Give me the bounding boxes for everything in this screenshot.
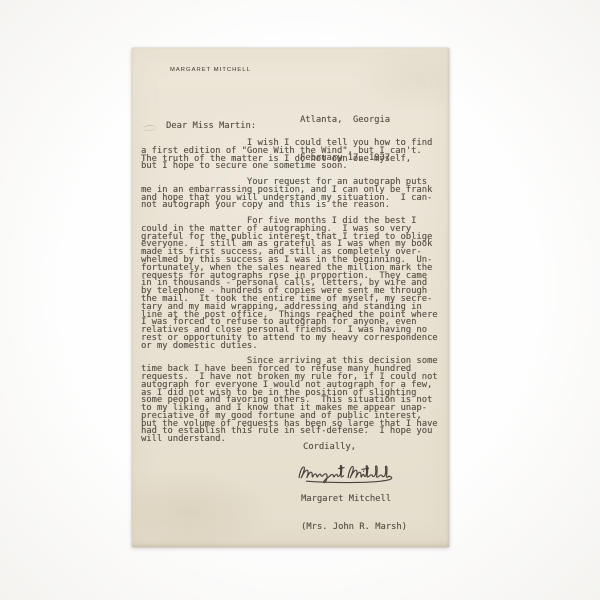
pencil-mark bbox=[143, 124, 156, 131]
letter-paper: MARGARET MITCHELL Atlanta, Georgia Febru… bbox=[132, 48, 449, 547]
salutation: Dear Miss Martin: bbox=[166, 123, 256, 131]
typed-name-block: Margaret Mitchell (Mrs. John R. Marsh) bbox=[301, 477, 407, 551]
letter-body: I wish I could tell you how to find a fi… bbox=[141, 140, 438, 444]
handwritten-signature-icon bbox=[296, 460, 396, 486]
closing: Cordially, bbox=[303, 444, 356, 452]
letterhead-name: MARGARET MITCHELL bbox=[170, 67, 251, 73]
typed-name: Margaret Mitchell bbox=[301, 495, 407, 504]
letter-place: Atlanta, Georgia bbox=[300, 114, 390, 127]
letter-photo: MARGARET MITCHELL Atlanta, Georgia Febru… bbox=[0, 0, 600, 600]
typed-title: (Mrs. John R. Marsh) bbox=[301, 523, 407, 532]
